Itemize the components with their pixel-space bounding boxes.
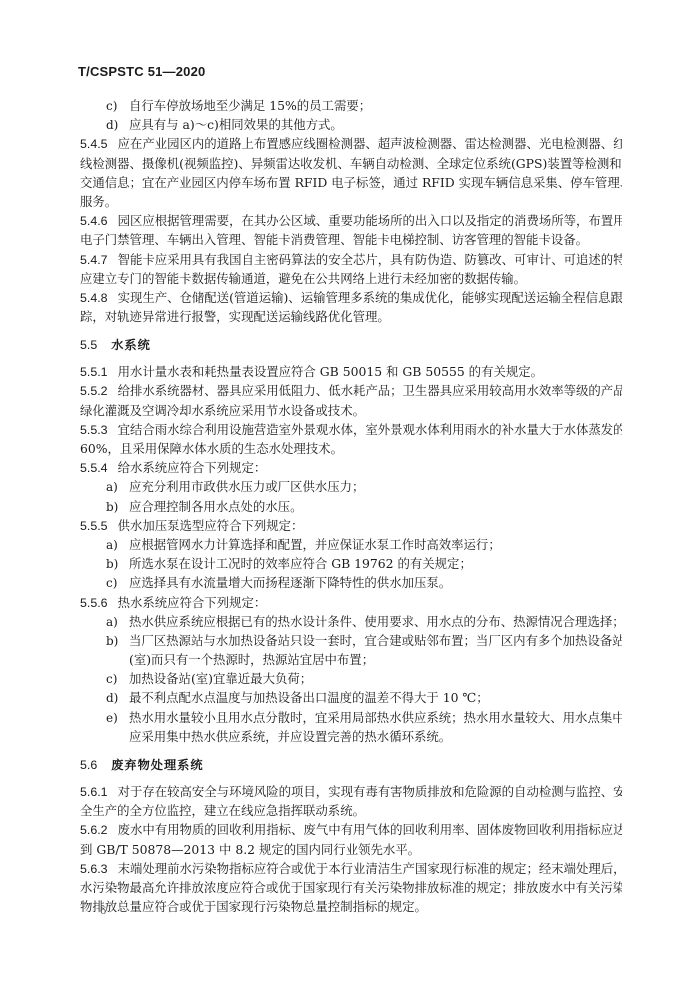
list-item-text: 热水用水量较小且用水点分散时，宜采用局部热水供应系统；热水用水量较大、用水点集中… bbox=[129, 710, 622, 725]
list-item-text: 自行车停放场地至少满足 15%的员工需要； bbox=[129, 98, 371, 113]
list-item-label: b) bbox=[106, 555, 129, 573]
clause-5-5-2: 5.5.2给排水系统器材、器具应采用低阻力、低水耗产品；卫生器具应采用较高用水效… bbox=[80, 381, 622, 400]
clause-text: 对于存在较高安全与环境风险的项目，实现有毒有害物质排放和危险源的自动检测与监控、… bbox=[118, 784, 622, 799]
clause-continuation: 绿化灌溉及空调冷却水系统应采用节水设备或技术。 bbox=[80, 401, 622, 420]
clause-5-4-8: 5.4.8实现生产、仓储配送(管道运输)、运输管理多系统的集成优化，能够实现配送… bbox=[80, 288, 622, 307]
list-item: d)应具有与 a)～c)相同效果的其他方式。 bbox=[80, 115, 622, 134]
list-item-label: e) bbox=[106, 709, 129, 727]
clause-number: 5.6.3 bbox=[80, 860, 108, 878]
list-item-text: 应选择具有水流量增大而扬程逐渐下降特性的供水加压泵。 bbox=[129, 575, 451, 590]
list-item-text: 应根据管网水力计算选择和配置，并应保证水泵工作时高效率运行； bbox=[129, 537, 501, 552]
clause-5-6-1: 5.6.1对于存在较高安全与环境风险的项目，实现有毒有害物质排放和危险源的自动检… bbox=[80, 782, 622, 801]
clause-5-5-6: 5.5.6热水系统应符合下列规定： bbox=[80, 593, 622, 612]
clause-continuation: 服务。 bbox=[80, 192, 622, 211]
list-item-label: d) bbox=[106, 116, 129, 134]
clause-continuation: 全生产的全方位监控，建立在线应急指挥联动系统。 bbox=[80, 801, 622, 820]
clause-5-5-5: 5.5.5供水加压泵选型应符合下列规定： bbox=[80, 516, 622, 535]
clause-number: 5.5.6 bbox=[80, 594, 108, 612]
section-number: 5.5 bbox=[80, 336, 97, 355]
list-item: c)自行车停放场地至少满足 15%的员工需要； bbox=[80, 96, 622, 115]
list-item: c)加热设备站(室)宜靠近最大负荷； bbox=[80, 669, 622, 688]
clause-5-4-7: 5.4.7智能卡应采用具有我国自主密码算法的安全芯片，具有防伪造、防篡改、可审计… bbox=[80, 250, 622, 269]
clause-text: 电子门禁管理、车辆出入管理、智能卡消费管理、智能卡电梯控制、访客管理的智能卡设备… bbox=[80, 232, 588, 247]
clause-text: 绿化灌溉及空调冷却水系统应采用节水设备或技术。 bbox=[80, 403, 365, 418]
clause-number: 5.5.4 bbox=[80, 459, 108, 477]
clause-continuation: 线检测器、摄像机(视频监控)、异频雷达收发机、车辆自动检测、全球定位系统(GPS… bbox=[80, 154, 622, 173]
clause-text: 服务。 bbox=[80, 194, 117, 209]
clause-text: 给水系统应符合下列规定： bbox=[118, 460, 267, 475]
list-item: b)当厂区热源站与水加热设备站只设一套时，宜合建或贴邻布置；当厂区内有多个加热设… bbox=[80, 631, 622, 650]
list-item-text: 应具有与 a)～c)相同效果的其他方式。 bbox=[129, 117, 343, 132]
clause-text: 线检测器、摄像机(视频监控)、异频雷达收发机、车辆自动检测、全球定位系统(GPS… bbox=[80, 156, 622, 171]
clause-text: 热水系统应符合下列规定： bbox=[118, 595, 267, 610]
list-item-label: a) bbox=[106, 613, 129, 631]
clause-text: 供水加压泵选型应符合下列规定： bbox=[118, 518, 304, 533]
section-number: 5.6 bbox=[80, 756, 97, 775]
clause-continuation: 交通信息；宜在产业园区内停车场布置 RFID 电子标签，通过 RFID 实现车辆… bbox=[80, 173, 622, 192]
list-item-label: a) bbox=[106, 478, 129, 496]
clause-text: 全生产的全方位监控，建立在线应急指挥联动系统。 bbox=[80, 803, 365, 818]
list-item: c)应选择具有水流量增大而扬程逐渐下降特性的供水加压泵。 bbox=[80, 573, 622, 592]
clause-number: 5.4.8 bbox=[80, 289, 108, 307]
clause-number: 5.4.6 bbox=[80, 212, 108, 230]
clause-number: 5.5.5 bbox=[80, 517, 108, 535]
list-item: a)应根据管网水力计算选择和配置，并应保证水泵工作时高效率运行； bbox=[80, 535, 622, 554]
clause-continuation: 电子门禁管理、车辆出入管理、智能卡消费管理、智能卡电梯控制、访客管理的智能卡设备… bbox=[80, 230, 622, 249]
list-item-text: 最不利点配水点温度与加热设备出口温度的温差不得大于 10 ℃； bbox=[129, 690, 489, 705]
list-item: a)热水供应系统应根据已有的热水设计条件、使用要求、用水点的分布、热源情况合理选… bbox=[80, 612, 622, 631]
clause-number: 5.4.5 bbox=[80, 135, 108, 153]
clause-number: 5.5.3 bbox=[80, 421, 108, 439]
clause-text: 废水中有用物质的回收利用指标、废气中有用气体的回收利用率、固体废物回收利用指标应… bbox=[118, 822, 622, 837]
list-item-label: d) bbox=[106, 689, 129, 707]
list-item: b)所选水泵在设计工况时的效率应符合 GB 19762 的有关规定； bbox=[80, 554, 622, 573]
clause-number: 5.4.7 bbox=[80, 251, 108, 269]
clause-text: 给排水系统器材、器具应采用低阻力、低水耗产品；卫生器具应采用较高用水效率等级的产… bbox=[118, 383, 622, 398]
clause-5-5-4: 5.5.4给水系统应符合下列规定： bbox=[80, 458, 622, 477]
clause-text: 应建立专门的智能卡数据传输通道，避免在公共网络上进行未经加密的数据传输。 bbox=[80, 271, 526, 286]
clause-text: 应在产业园区内的道路上布置感应线圈检测器、超声波检测器、雷达检测器、光电检测器、… bbox=[118, 136, 622, 151]
list-item: a)应充分利用市政供水压力或厂区供水压力； bbox=[80, 477, 622, 496]
clause-text: 实现生产、仓储配送(管道运输)、运输管理多系统的集成优化，能够实现配送运输全程信… bbox=[118, 290, 622, 305]
clause-text: 物排放总量应符合或优于国家现行污染物总量控制指标的规定。 bbox=[80, 899, 427, 914]
clause-number: 5.6.2 bbox=[80, 821, 108, 839]
clause-5-6-2: 5.6.2废水中有用物质的回收利用指标、废气中有用气体的回收利用率、固体废物回收… bbox=[80, 820, 622, 839]
clause-5-6-3: 5.6.3末端处理前水污染物指标应符合或优于本行业清洁生产国家现行标准的规定；经… bbox=[80, 859, 622, 878]
document-page: T/CSPSTC 51—2020 c)自行车停放场地至少满足 15%的员工需要；… bbox=[80, 64, 622, 916]
clause-continuation: 物排放总量应符合或优于国家现行污染物总量控制指标的规定。 bbox=[80, 897, 622, 916]
list-item-continuation: (室)而只有一个热源时，热源站宜居中布置； bbox=[80, 650, 622, 669]
clause-text: 园区应根据管理需要，在其办公区域、重要功能场所的出入口以及指定的消费场所等，布置… bbox=[118, 213, 622, 228]
clause-text: 踪，对轨迹异常进行报警，实现配送运输线路优化管理。 bbox=[80, 309, 390, 324]
clause-text: 交通信息；宜在产业园区内停车场布置 RFID 电子标签，通过 RFID 实现车辆… bbox=[80, 175, 622, 190]
clause-continuation: 踪，对轨迹异常进行报警，实现配送运输线路优化管理。 bbox=[80, 307, 622, 326]
list-item-label: a) bbox=[106, 536, 129, 554]
clause-5-4-5: 5.4.5应在产业园区内的道路上布置感应线圈检测器、超声波检测器、雷达检测器、光… bbox=[80, 134, 622, 153]
clause-text: 到 GB/T 50878—2013 中 8.2 规定的国内同行业领先水平。 bbox=[80, 842, 420, 857]
list-item-label: c) bbox=[106, 97, 129, 115]
list-item-continuation: 应采用集中热水供应系统，并应设置完善的热水循环系统。 bbox=[80, 727, 622, 746]
clause-number: 5.6.1 bbox=[80, 783, 108, 801]
list-item: d)最不利点配水点温度与加热设备出口温度的温差不得大于 10 ℃； bbox=[80, 688, 622, 707]
document-body: c)自行车停放场地至少满足 15%的员工需要；d)应具有与 a)～c)相同效果的… bbox=[80, 96, 622, 916]
clause-continuation: 到 GB/T 50878—2013 中 8.2 规定的国内同行业领先水平。 bbox=[80, 840, 622, 859]
clause-continuation: 应建立专门的智能卡数据传输通道，避免在公共网络上进行未经加密的数据传输。 bbox=[80, 269, 622, 288]
list-item-label: b) bbox=[106, 632, 129, 650]
list-item-label: b) bbox=[106, 498, 129, 516]
list-item-text: 应充分利用市政供水压力或厂区供水压力； bbox=[129, 479, 364, 494]
clause-number: 5.5.1 bbox=[80, 363, 108, 381]
list-item-text: 热水供应系统应根据已有的热水设计条件、使用要求、用水点的分布、热源情况合理选择； bbox=[129, 614, 622, 629]
list-item: b)应合理控制各用水点处的水压。 bbox=[80, 497, 622, 516]
clause-text: 末端处理前水污染物指标应符合或优于本行业清洁生产国家现行标准的规定；经末端处理后… bbox=[118, 861, 622, 876]
clause-5-5-1: 5.5.1用水计量水表和耗热量表设置应符合 GB 50015 和 GB 5055… bbox=[80, 362, 622, 381]
clause-text: 60%，且采用保障水体水质的生态水处理技术。 bbox=[80, 441, 343, 456]
clause-number: 5.5.2 bbox=[80, 382, 108, 400]
clause-text: 宜结合雨水综合利用设施营造室外景观水体，室外景观水体利用雨水的补水量大于水体蒸发… bbox=[118, 422, 622, 437]
clause-text: 水污染物最高允许排放浓度应符合或优于国家现行有关污染物排放标准的规定；排放废水中… bbox=[80, 880, 622, 895]
section-heading-5-6: 5.6废弃物处理系统 bbox=[80, 755, 622, 774]
document-id-header: T/CSPSTC 51—2020 bbox=[78, 64, 622, 86]
clause-continuation: 水污染物最高允许排放浓度应符合或优于国家现行有关污染物排放标准的规定；排放废水中… bbox=[80, 878, 622, 897]
clause-5-5-3: 5.5.3宜结合雨水综合利用设施营造室外景观水体，室外景观水体利用雨水的补水量大… bbox=[80, 420, 622, 439]
section-title: 水系统 bbox=[111, 338, 151, 352]
clause-text: 用水计量水表和耗热量表设置应符合 GB 50015 和 GB 50555 的有关… bbox=[118, 364, 543, 379]
list-item-text: 所选水泵在设计工况时的效率应符合 GB 19762 的有关规定； bbox=[129, 556, 472, 571]
section-heading-5-5: 5.5水系统 bbox=[80, 335, 622, 354]
clause-5-4-6: 5.4.6园区应根据管理需要，在其办公区域、重要功能场所的出入口以及指定的消费场… bbox=[80, 211, 622, 230]
list-item: e)热水用水量较小且用水点分散时，宜采用局部热水供应系统；热水用水量较大、用水点… bbox=[80, 708, 622, 727]
list-item-text: 应合理控制各用水点处的水压。 bbox=[129, 499, 302, 514]
list-item-label: c) bbox=[106, 574, 129, 592]
list-item-label: c) bbox=[106, 670, 129, 688]
list-item-text: 加热设备站(室)宜靠近最大负荷； bbox=[129, 671, 312, 686]
page-number: 6 bbox=[100, 906, 106, 917]
clause-continuation: 60%，且采用保障水体水质的生态水处理技术。 bbox=[80, 439, 622, 458]
clause-text: 智能卡应采用具有我国自主密码算法的安全芯片，具有防伪造、防篡改、可审计、可追述的… bbox=[118, 252, 622, 267]
section-title: 废弃物处理系统 bbox=[111, 758, 203, 772]
list-item-text: 当厂区热源站与水加热设备站只设一套时，宜合建或贴邻布置；当厂区内有多个加热设备站 bbox=[129, 633, 622, 648]
